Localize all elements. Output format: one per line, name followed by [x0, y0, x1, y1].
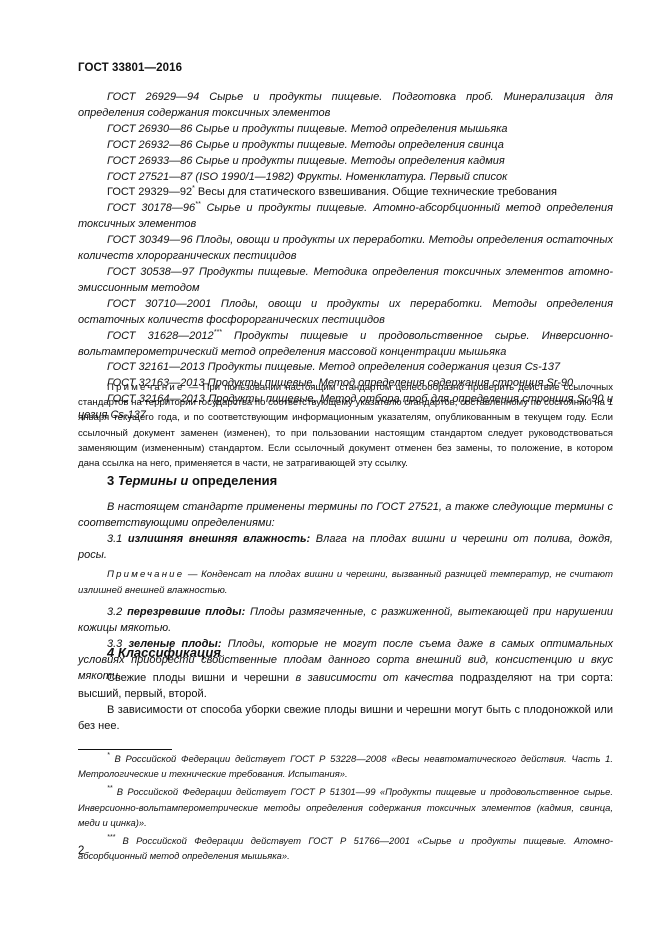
footnote-divider [78, 749, 172, 750]
section-title-italic: Термины и [118, 473, 189, 488]
reference-item: ГОСТ 29329—92* Весы для статического взв… [78, 185, 613, 201]
section-4-paragraph: Свежие плоды вишни и черешни в зависимос… [78, 670, 613, 702]
note-label: Примечание [107, 382, 185, 393]
document-header: ГОСТ 33801—2016 [78, 62, 182, 74]
section-4-body: Свежие плоды вишни и черешни в зависимос… [78, 670, 613, 734]
section-3-heading: 3 Термины и определения [107, 473, 277, 488]
reference-code: ГОСТ 29329—92 [107, 186, 192, 198]
footnotes: * В Российской Федерации действует ГОСТ … [78, 751, 613, 863]
reference-item: ГОСТ 26933—86 Сырье и продукты пищевые. … [78, 154, 613, 170]
footnote-text: В Российской Федерации действует ГОСТ Р … [78, 835, 613, 861]
footnote-mark: *** [107, 834, 115, 841]
footnote-mark[interactable]: *** [214, 329, 222, 336]
term-name: излишняя внешняя влажность: [128, 533, 310, 545]
reference-item: ГОСТ 30178—96** Сырье и продукты пищевые… [78, 201, 613, 233]
references-note: Примечание — При пользовании настоящим с… [78, 380, 613, 471]
reference-item: ГОСТ 26930—86 Сырье и продукты пищевые. … [78, 122, 613, 138]
reference-code: ГОСТ 30178—96 [107, 202, 195, 214]
footnote: ** В Российской Федерации действует ГОСТ… [78, 784, 613, 830]
page-number: 2 [78, 845, 84, 857]
reference-item: ГОСТ 26932—86 Сырье и продукты пищевые. … [78, 138, 613, 154]
reference-item: ГОСТ 26929—94 Сырье и продукты пищевые. … [78, 90, 613, 122]
reference-item: ГОСТ 30349—96 Плоды, овощи и продукты их… [78, 233, 613, 265]
term-3-1: 3.1 излишняя внешняя влажность: Влага на… [78, 531, 613, 563]
reference-title: Весы для статического взвешивания. Общие… [195, 186, 557, 198]
section-number: 3 [107, 473, 118, 488]
footnote: *** В Российской Федерации действует ГОС… [78, 833, 613, 863]
term-number: 3.2 [107, 606, 127, 618]
reference-code: ГОСТ 31628—2012 [107, 330, 214, 342]
reference-item: ГОСТ 30538—97 Продукты пищевые. Методика… [78, 265, 613, 297]
reference-item: ГОСТ 27521—87 (ISO 1990/1—1982) Фрукты. … [78, 170, 613, 186]
term-note: Примечание — Конденсат на плодах вишни и… [78, 567, 613, 598]
footnote-text: В Российской Федерации действует ГОСТ Р … [78, 753, 613, 779]
text-italic: в зависимости от качества [295, 672, 453, 684]
section-4-heading: 4 Классификация [107, 645, 221, 660]
note-text: — При пользовании настоящим стандартом ц… [78, 382, 613, 469]
footnote-text: В Российской Федерации действует ГОСТ Р … [78, 786, 613, 827]
note-label: Примечание [107, 569, 184, 580]
text: Свежие плоды вишни и черешни [107, 672, 295, 684]
reference-item: ГОСТ 30710—2001 Плоды, овощи и продукты … [78, 297, 613, 329]
footnote: * В Российской Федерации действует ГОСТ … [78, 751, 613, 781]
term-name: перезревшие плоды: [127, 606, 245, 618]
section-3-intro: В настоящем стандарте применены термины … [78, 499, 613, 531]
section-4-paragraph: В зависимости от способа уборки свежие п… [78, 702, 613, 734]
reference-item: ГОСТ 31628—2012*** Продукты пищевые и пр… [78, 329, 613, 361]
reference-item: ГОСТ 32161—2013 Продукты пищевые. Метод … [78, 360, 613, 376]
section-title: определения [188, 473, 277, 488]
term-3-2: 3.2 перезревшие плоды: Плоды размягченны… [78, 604, 613, 636]
term-number: 3.1 [107, 533, 128, 545]
normative-references-list: ГОСТ 26929—94 Сырье и продукты пищевые. … [78, 90, 613, 424]
